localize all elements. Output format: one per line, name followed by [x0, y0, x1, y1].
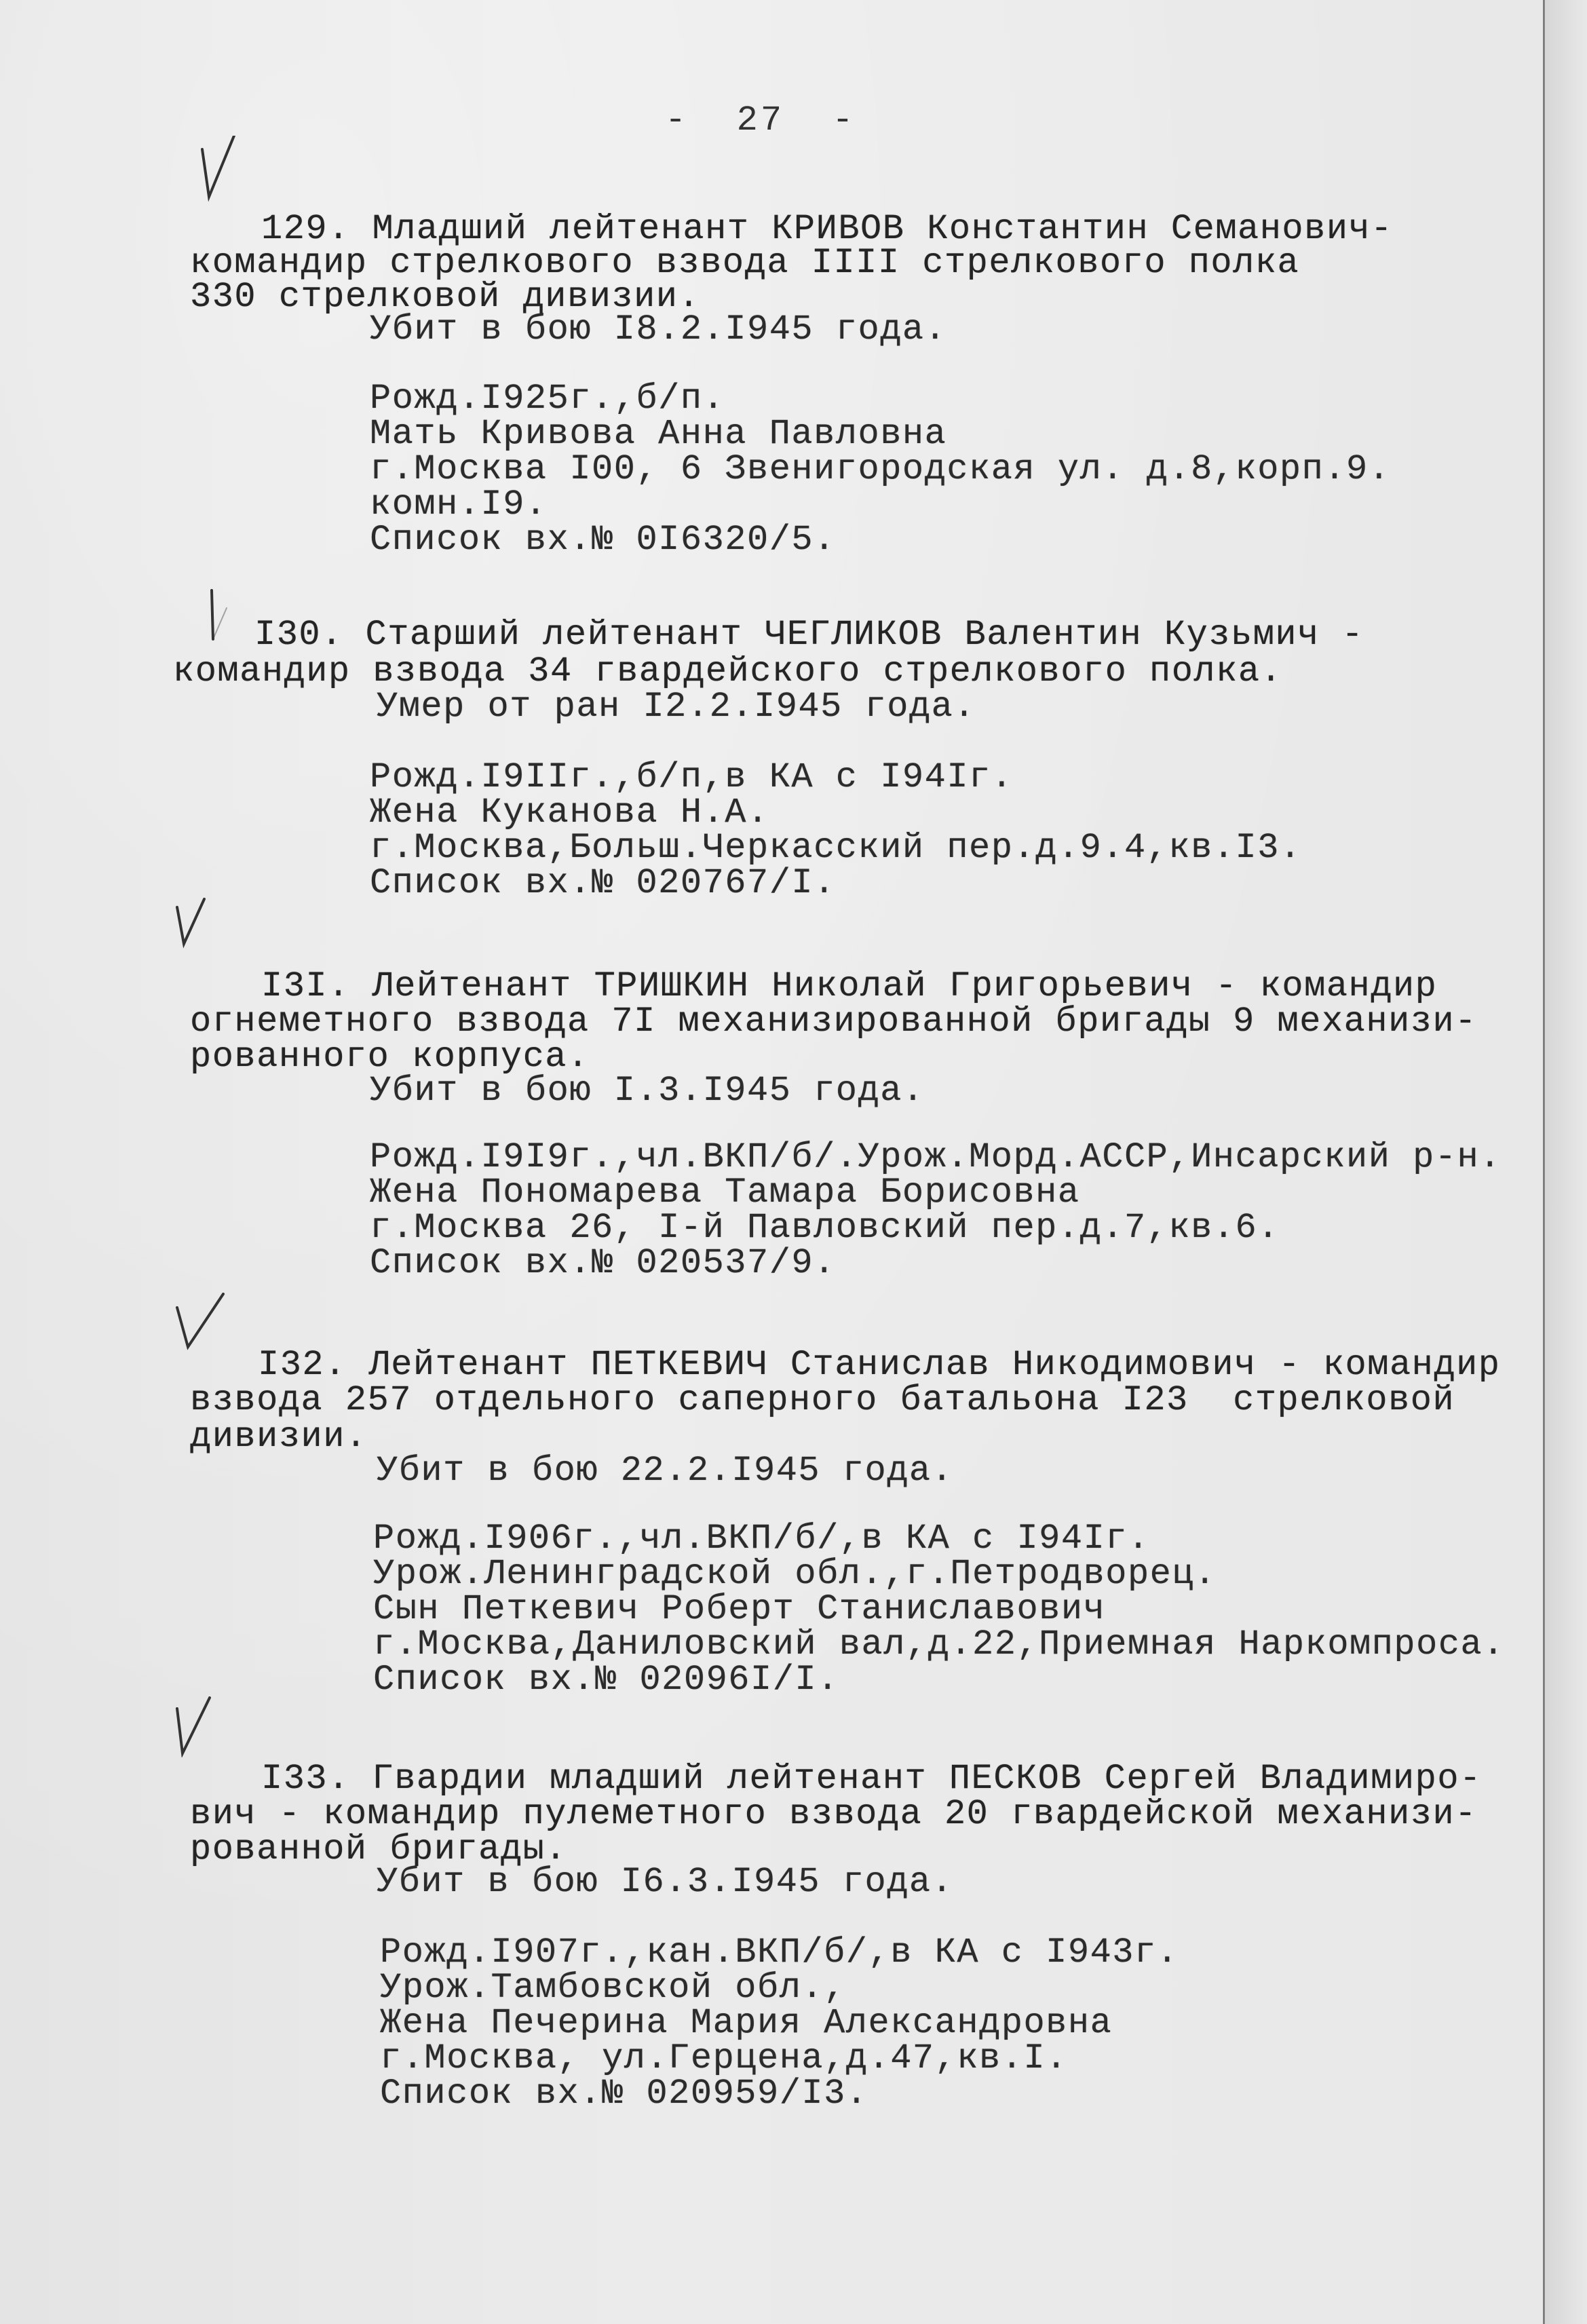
entry-detail-line: Список вх.№ 020767/I.	[370, 864, 836, 902]
check-mark-icon	[173, 898, 207, 949]
entry-detail-line: Урож.Тамбовской обл.,	[380, 1969, 846, 2007]
check-mark-icon	[204, 588, 231, 642]
entry-detail-line: Жена Куканова Н.А.	[370, 794, 769, 832]
entry-header-line: I30. Старший лейтенант ЧЕГЛИКОВ Валентин…	[254, 616, 1364, 654]
entry-death-line: Убит в бою I6.3.I945 года.	[377, 1863, 953, 1901]
entry-detail-line: Жена Пономарева Тамара Борисовна	[370, 1174, 1080, 1212]
entry-header-line: I33. Гвардии младший лейтенант ПЕСКОВ Се…	[261, 1760, 1482, 1798]
entry-detail-line: комн.I9.	[370, 486, 548, 524]
entry-header-line: взвода 257 отдельного саперного батальон…	[190, 1382, 1455, 1420]
entry-detail-line: Список вх.№ 020537/9.	[370, 1244, 836, 1282]
entry-detail-line: г.Москва,Даниловский вал,д.22,Приемная Н…	[373, 1626, 1505, 1664]
entry-death-line: Убит в бою 22.2.I945 года.	[377, 1452, 953, 1490]
entry-detail-line: г.Москва 26, I-й Павловский пер.д.7,кв.6…	[370, 1209, 1280, 1247]
binding-edge	[1543, 0, 1545, 2324]
entry-detail-line: Рожд.I907г.,кан.ВКП/б/,в КА с I943г.	[380, 1934, 1179, 1972]
binding-shadow	[1545, 0, 1587, 2324]
document-page: - 27 - 129. Младший лейтенант КРИВОВ Кон…	[0, 0, 1587, 2324]
entry-detail-line: Рожд.I9IIг.,б/п,в КА с I94Iг.	[370, 759, 1013, 797]
entry-death-line: Убит в бою I8.2.I945 года.	[370, 311, 947, 349]
entry-detail-line: Рожд.I9I9г.,чл.ВКП/б/.Урож.Морд.АССР,Инс…	[370, 1139, 1502, 1177]
entry-detail-line: г.Москва I00, 6 Звенигородская ул. д.8,к…	[370, 451, 1390, 489]
entry-header-line: дивизии.	[190, 1418, 368, 1456]
entry-detail-line: Список вх.№ 020959/I3.	[380, 2075, 868, 2113]
entry-death-line: Убит в бою I.3.I945 года.	[370, 1072, 925, 1110]
entry-detail-line: Рожд.I906г.,чл.ВКП/б/,в КА с I94Iг.	[373, 1520, 1150, 1558]
entry-header-line: вич - командир пулеметного взвода 20 гва…	[190, 1795, 1477, 1833]
entry-detail-line: Сын Петкевич Роберт Станиславович	[373, 1590, 1105, 1628]
entry-header-line: огнеметного взвода 7I механизированной б…	[190, 1003, 1477, 1041]
check-mark-icon	[197, 136, 237, 204]
entry-detail-line: г.Москва, ул.Герцена,д.47,кв.I.	[380, 2040, 1068, 2078]
entry-detail-line: Рожд.I925г.,б/п.	[370, 380, 725, 418]
entry-death-line: Умер от ран I2.2.I945 года.	[377, 688, 976, 726]
entry-detail-line: Урож.Ленинградской обл.,г.Петродворец.	[373, 1555, 1217, 1593]
page-number: - 27 -	[665, 100, 856, 140]
entry-header-line: I32. Лейтенант ПЕТКЕВИЧ Станислав Никоди…	[258, 1346, 1500, 1384]
check-mark-icon	[173, 1293, 227, 1350]
entry-header-line: I3I. Лейтенант ТРИШКИН Николай Григорьев…	[261, 968, 1437, 1006]
entry-detail-line: Мать Кривова Анна Павловна	[370, 415, 947, 453]
entry-detail-line: Список вх.№ 02096I/I.	[373, 1661, 839, 1699]
check-mark-icon	[173, 1696, 214, 1757]
entry-header-line: командир взвода 34 гвардейского стрелков…	[173, 653, 1282, 691]
entry-detail-line: Жена Печерина Мария Александровна	[380, 2004, 1112, 2042]
entry-detail-line: г.Москва,Больш.Черкасский пер.д.9.4,кв.I…	[370, 829, 1302, 867]
entry-detail-line: Список вх.№ 0I6320/5.	[370, 521, 836, 559]
